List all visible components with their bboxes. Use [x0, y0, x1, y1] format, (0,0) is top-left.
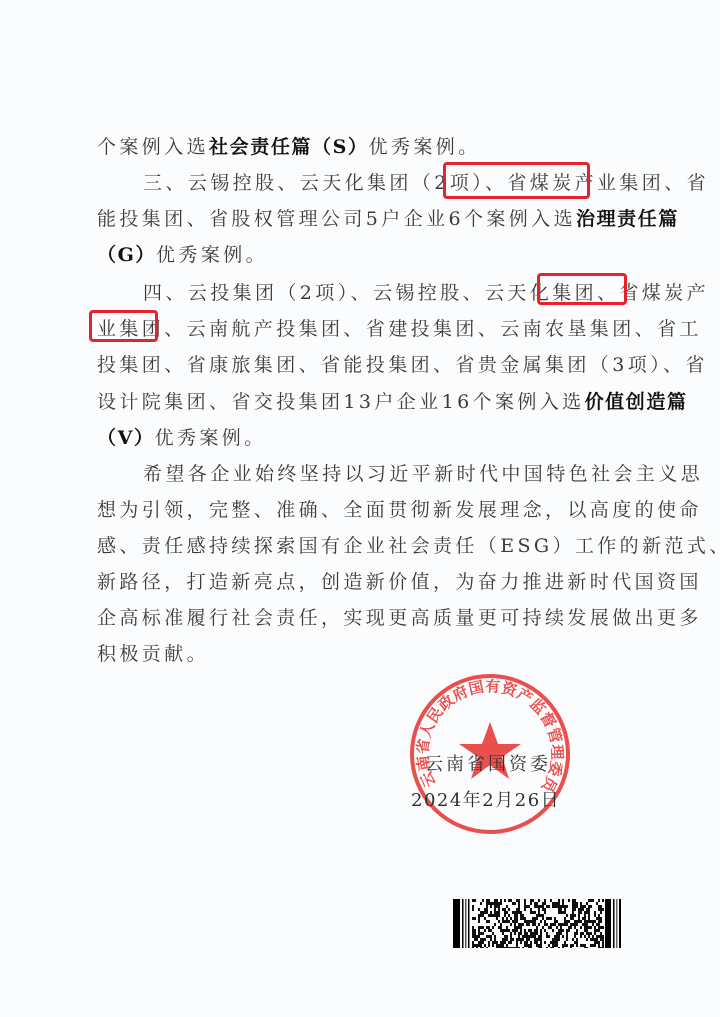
text-segment: 优秀案例。 — [369, 136, 481, 158]
text-segment: 希望各企业始终坚持以习近平新时代中国特色社会主义思 — [143, 463, 703, 485]
document-page: 个案例入选社会责任篇（S）优秀案例。三、云锡控股、云天化集团（2项）、省煤炭产业… — [0, 0, 720, 1017]
text-segment: 、云南航产投集团、省建投集团、云南农垦集团、省工 — [164, 318, 702, 340]
highlight-box — [443, 162, 590, 199]
text-line: 感、责任感持续探索国有企业社会责任（ESG）工作的新范式、 — [97, 531, 637, 561]
bold-text-segment: （V） — [97, 427, 155, 449]
text-line: 企高标准履行社会责任，实现更高质量更可持续发展做出更多 — [97, 603, 637, 633]
text-line: 想为引领，完整、准确、全面贯彻新发展理念，以高度的使命 — [97, 495, 637, 525]
text-segment: 优秀案例。 — [156, 244, 268, 266]
text-segment: 想为引领，完整、准确、全面贯彻新发展理念，以高度的使命 — [97, 499, 702, 521]
text-segment: 、省 — [664, 172, 709, 194]
text-line: 新路径，打造新亮点，创造新价值，为奋力推进新时代国资国 — [97, 567, 637, 597]
text-line: （G）优秀案例。 — [97, 240, 637, 270]
highlight-box — [89, 310, 158, 342]
text-line: 能投集团、省股权管理公司5户企业6个案例入选治理责任篇 — [97, 204, 637, 234]
text-line: （V）优秀案例。 — [97, 423, 637, 453]
text-segment: 积极贡献。 — [97, 643, 209, 665]
issue-date: 2024年2月26日 — [411, 789, 560, 813]
text-segment: 投集团、省康旅集团、省能投集团、省贵金属集团（3项）、省 — [97, 354, 708, 376]
text-segment: 设计院集团、省交投集团13户企业16个案例入选 — [97, 391, 585, 413]
text-line: 投集团、省康旅集团、省能投集团、省贵金属集团（3项）、省 — [97, 350, 637, 380]
text-line: 三、云锡控股、云天化集团（2项）、省煤炭产业集团、省 — [143, 168, 683, 198]
bold-text-segment: （G） — [97, 244, 156, 266]
text-segment: 优秀案例。 — [155, 427, 267, 449]
text-line: 积极贡献。 — [97, 639, 637, 669]
text-segment: 企高标准履行社会责任，实现更高质量更可持续发展做出更多 — [97, 607, 702, 629]
text-segment: 新路径，打造新亮点，创造新价值，为奋力推进新时代国资国 — [97, 571, 702, 593]
text-line: 业集团、云南航产投集团、省建投集团、云南农垦集团、省工 — [97, 314, 637, 344]
issuer-name: 云南省国资委 — [425, 753, 551, 777]
text-segment: 能投集团、省股权管理公司5户企业6个案例入选 — [97, 208, 576, 230]
text-segment: 个案例入选 — [97, 136, 209, 158]
bold-text-segment: 治理责任篇 — [576, 208, 679, 230]
text-line: 个案例入选社会责任篇（S）优秀案例。 — [97, 132, 637, 162]
text-line: 设计院集团、省交投集团13户企业16个案例入选价值创造篇 — [97, 387, 637, 417]
bold-text-segment: 价值创造篇 — [585, 391, 688, 413]
bold-text-segment: 社会责任篇（S） — [209, 136, 369, 158]
text-segment: 省煤炭产 — [619, 282, 709, 304]
text-segment: 感、责任感持续探索国有企业社会责任（ESG）工作的新范式、 — [97, 535, 720, 557]
pdf417-barcode-icon — [453, 899, 622, 948]
text-line: 希望各企业始终坚持以习近平新时代中国特色社会主义思 — [143, 459, 683, 489]
highlight-box — [537, 273, 627, 305]
